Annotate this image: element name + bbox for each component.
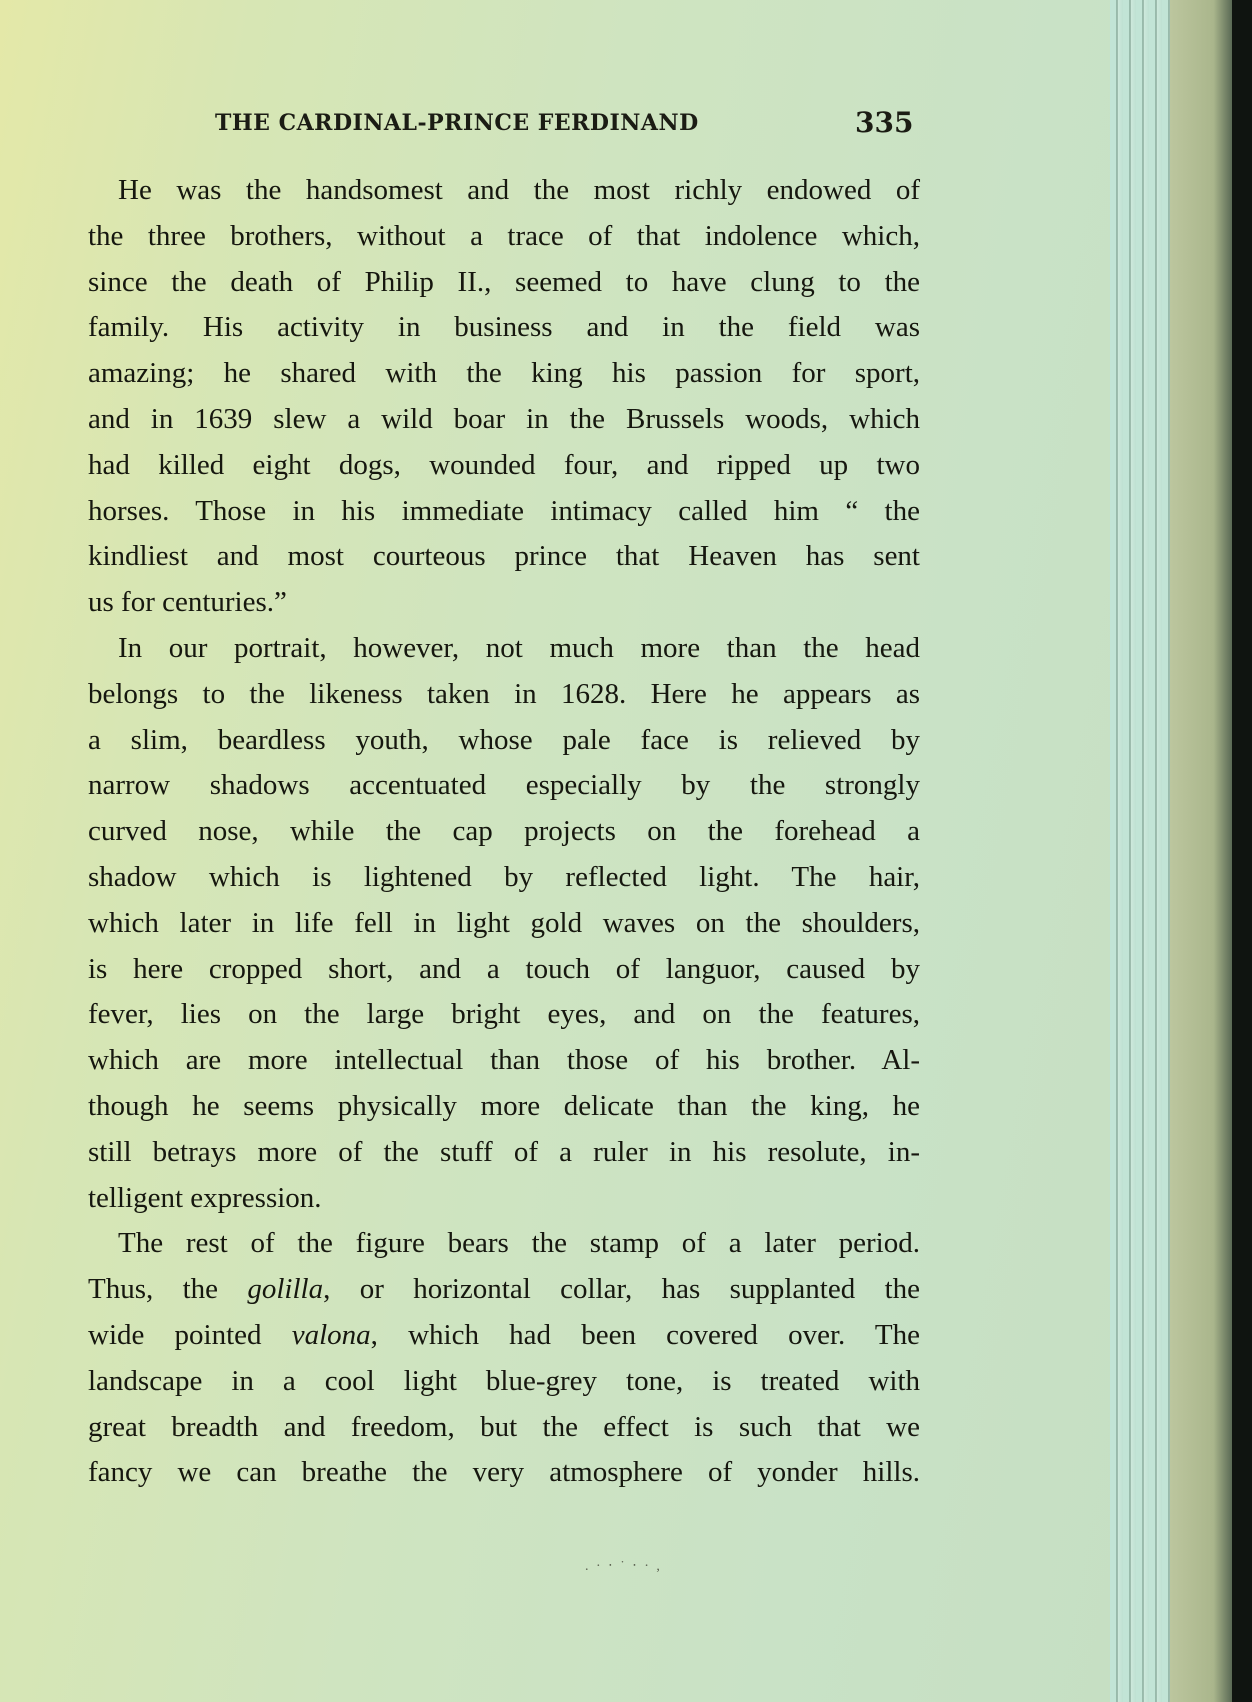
text-line: wide pointed valona, which had been cove…	[88, 1313, 920, 1359]
text-line: a slim, beardless youth, whose pale face…	[88, 718, 920, 764]
text-line: The rest of the figure bears the stamp o…	[88, 1221, 920, 1267]
text-line: narrow shadows accentuated especially by…	[88, 763, 920, 809]
printer-mark: . · ‧ ˙ ‧ · ,	[585, 1558, 662, 1575]
stacked-page-edges	[1110, 0, 1170, 1702]
text-line: great breadth and freedom, but the effec…	[88, 1405, 920, 1451]
text-line: since the death of Philip II., seemed to…	[88, 260, 920, 306]
paragraph-1: He was the handsomest and the most richl…	[88, 168, 920, 626]
paragraph-2: In our portrait, however, not much more …	[88, 626, 920, 1221]
body-text: He was the handsomest and the most richl…	[88, 168, 920, 1496]
text-line: which later in life fell in light gold w…	[88, 901, 920, 947]
text-line: fancy we can breathe the very atmosphere…	[88, 1450, 920, 1496]
text-line: which are more intellectual than those o…	[88, 1038, 920, 1084]
text-line: He was the handsomest and the most richl…	[88, 168, 920, 214]
book-page: THE CARDINAL-PRINCE FERDINAND 335 He was…	[0, 0, 1115, 1702]
text-line: the three brothers, without a trace of t…	[88, 214, 920, 260]
text-line: shadow which is lightened by reflected l…	[88, 855, 920, 901]
running-title: THE CARDINAL-PRINCE FERDINAND	[215, 110, 699, 136]
text-line: telligent expression.	[88, 1176, 920, 1222]
text-line: is here cropped short, and a touch of la…	[88, 947, 920, 993]
text-line: family. His activity in business and in …	[88, 305, 920, 351]
page-number: 335	[855, 106, 913, 139]
text-line: fever, lies on the large bright eyes, an…	[88, 992, 920, 1038]
text-line: Thus, the golilla, or horizontal collar,…	[88, 1267, 920, 1313]
text-line: and in 1639 slew a wild boar in the Brus…	[88, 397, 920, 443]
paragraph-3: The rest of the figure bears the stamp o…	[88, 1221, 920, 1496]
text-line: belongs to the likeness taken in 1628. H…	[88, 672, 920, 718]
text-line: though he seems physically more delicate…	[88, 1084, 920, 1130]
text-line: landscape in a cool light blue-grey tone…	[88, 1359, 920, 1405]
book-fore-edge	[1170, 0, 1232, 1702]
italic-term: valona	[292, 1319, 371, 1351]
text-line: had killed eight dogs, wounded four, and…	[88, 443, 920, 489]
italic-term: golilla	[247, 1273, 323, 1305]
text-line: still betrays more of the stuff of a rul…	[88, 1130, 920, 1176]
text-line: curved nose, while the cap projects on t…	[88, 809, 920, 855]
text-line: In our portrait, however, not much more …	[88, 626, 920, 672]
text-line: us for centuries.”	[88, 580, 920, 626]
text-line: amazing; he shared with the king his pas…	[88, 351, 920, 397]
text-line: kindliest and most courteous prince that…	[88, 534, 920, 580]
text-line: horses. Those in his immediate intimacy …	[88, 489, 920, 535]
